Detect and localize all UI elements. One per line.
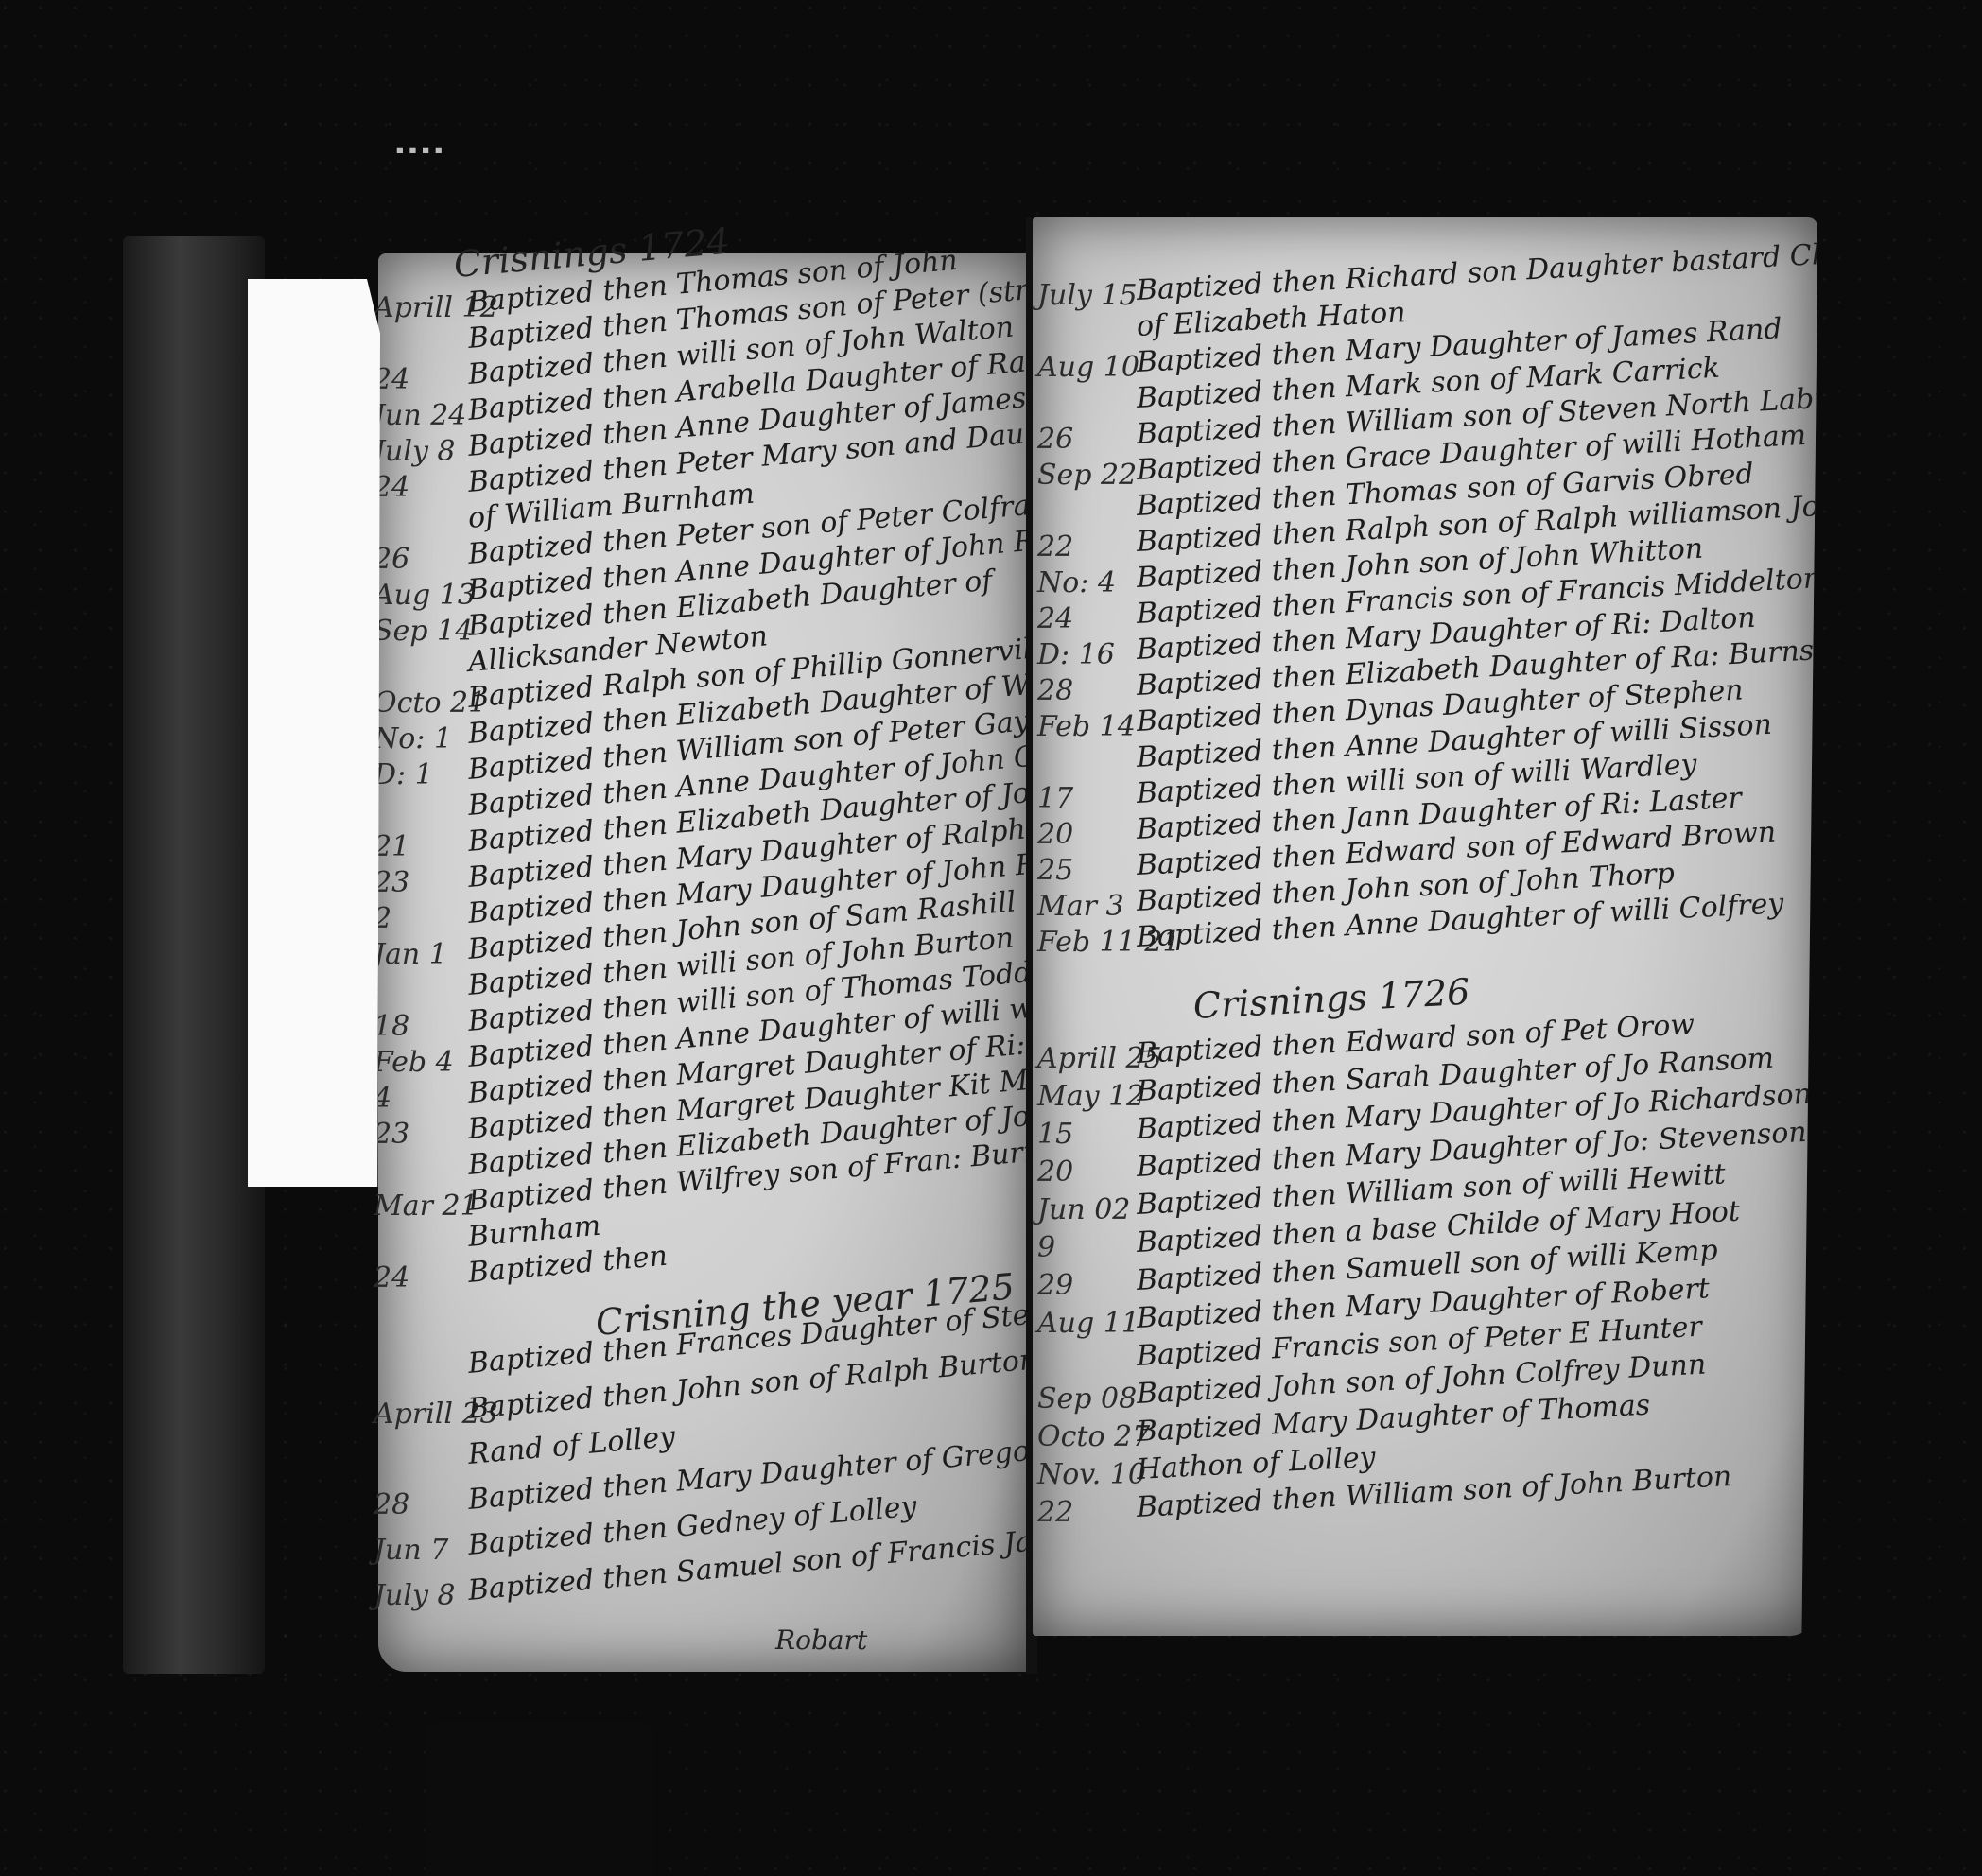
page-tab-shadow [426,1723,652,1876]
entry-date: 28 [374,1488,409,1521]
entry-date: 23 [374,866,409,899]
entry-text: Robart [775,1624,867,1656]
entry-date: Jun 7 [374,1534,448,1567]
entry-date: No: 4 [1037,566,1116,599]
entry-date: Sep 08 [1037,1382,1137,1416]
entry-date: May 12 [1037,1080,1144,1113]
entry-date: 18 [374,1010,409,1043]
entry-date: Jun 02 [1037,1193,1130,1226]
entry-date: D: 1 [374,758,433,791]
entry-date: Feb 4 [374,1046,454,1079]
right-page: July 15Baptized then Richard son Daughte… [1033,217,1817,1636]
entry-date: 20 [1037,1155,1073,1189]
entry-date: 25 [1037,854,1073,887]
entry-date: Jun 24 [374,399,466,432]
entry-date: Feb 14 [1037,710,1136,743]
entry-date: July 8 [374,1579,456,1612]
entry-date: Mar 3 [1037,890,1124,923]
entry-date: Aug 11 [1037,1307,1139,1340]
book-spine [123,236,265,1674]
entry-date: 17 [1037,782,1073,815]
entry-date: 24 [374,1261,409,1294]
entry-date: 20 [1037,818,1073,851]
entry-date: Aug 13 [374,579,476,612]
entry-date: July 15 [1037,279,1138,312]
entry-date: D: 16 [1037,638,1115,671]
entry-date: Sep 22 [1037,459,1137,492]
entry-date: 23 [374,1118,409,1151]
entry-date: Sep 14 [374,615,473,648]
entry-date: 22 [1037,530,1073,564]
entry-date: 22 [1037,1496,1073,1529]
entry-date: No: 1 [374,722,452,756]
entry-date: July 8 [374,435,456,468]
entry-date: 15 [1037,1118,1073,1151]
entry-date: 29 [1037,1269,1073,1302]
entry-date: Aug 10 [1037,351,1139,384]
entry-date: 28 [1037,674,1073,707]
entry-date: Nov. 10 [1037,1458,1146,1491]
entry-date: Jan 1 [374,938,447,971]
entry-date: 9 [1037,1231,1055,1264]
film-frame-mark: ▪▪▪▪ [395,140,447,158]
entry-text: Crisnings 1726 [1192,971,1471,1027]
entry-date: 24 [1037,602,1073,635]
entry-date: 26 [1037,423,1073,456]
paper-slip [248,279,380,1187]
entry-text: Baptized then Richard son Daughter basta… [1136,236,1867,307]
entry-date: Octo 27 [1037,1420,1150,1453]
entry-date: Mar 21 [374,1190,478,1223]
left-page: Crisnings 1724Aprill 12Baptized then Tho… [378,253,1031,1672]
entry-date: 21 [374,830,409,863]
